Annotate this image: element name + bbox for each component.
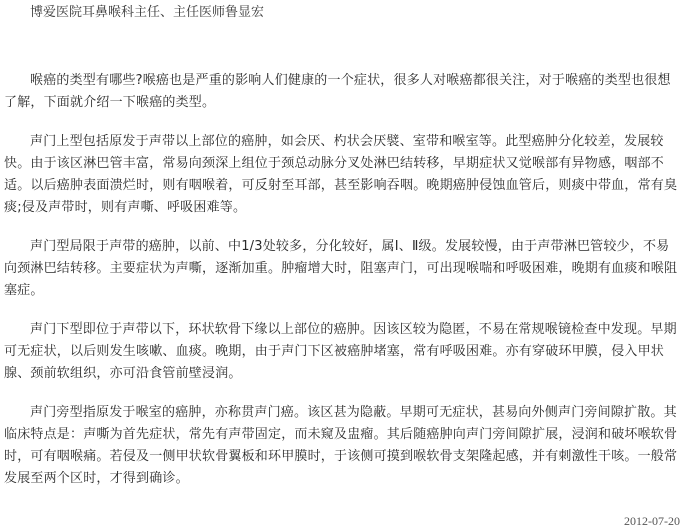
- paragraph-glottic: 声门型局限于声带的癌肿，以前、中1/3处较多，分化较好，属Ⅰ、Ⅱ级。发展较慢，由…: [4, 236, 680, 302]
- paragraph-supraglottic: 声门上型包括原发于声带以上部位的癌肿，如会厌、杓状会厌襞、室带和喉室等。此型癌肿…: [4, 131, 680, 219]
- publish-date: 2012-07-20: [624, 514, 680, 528]
- author-byline: 博爱医院耳鼻喉科主任、主任医师鲁显宏: [30, 4, 264, 22]
- paragraph-intro: 喉癌的类型有哪些?喉癌也是严重的影响人们健康的一个症状，很多人对喉癌都很关注，对…: [4, 70, 680, 114]
- paragraph-paraglottic: 声门旁型指原发于喉室的癌肿，亦称贯声门癌。该区甚为隐蔽。早期可无症状，甚易向外侧…: [4, 402, 680, 490]
- paragraph-subglottic: 声门下型即位于声带以下，环状软骨下缘以上部位的癌肿。因该区较为隐匿，不易在常规喉…: [4, 319, 680, 385]
- article-body: 喉癌的类型有哪些?喉癌也是严重的影响人们健康的一个症状，很多人对喉癌都很关注，对…: [4, 70, 680, 507]
